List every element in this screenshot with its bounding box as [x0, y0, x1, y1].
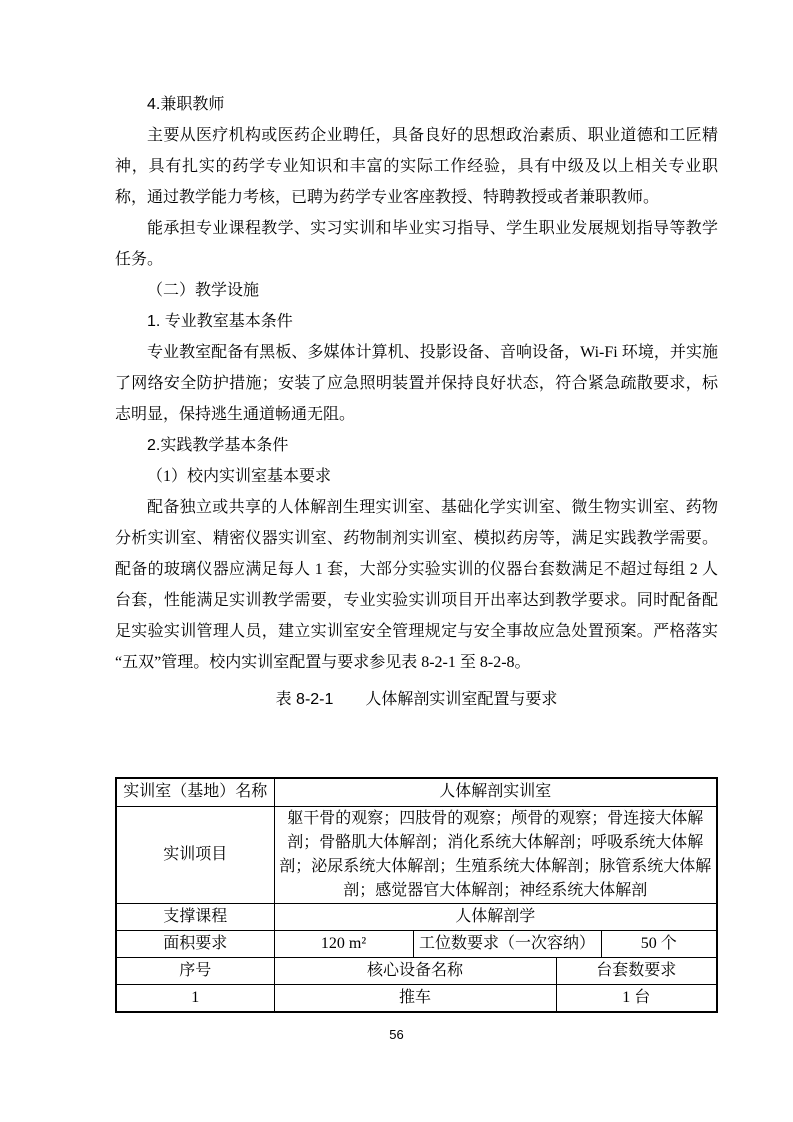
projects-label: 实训项目 [116, 806, 274, 903]
page-number: 56 [0, 1027, 793, 1042]
table-row-projects: 实训项目 躯干骨的观察；四肢骨的观察；颅骨的观察；骨连接大体解剖；骨骼肌大体解剖… [116, 806, 717, 903]
table-row-room-name: 实训室（基地）名称 人体解剖实训室 [116, 778, 717, 806]
paragraph-lab-configuration: 配备独立或共享的人体解剖生理实训室、基础化学实训室、微生物实训室、药物分析实训室… [115, 492, 718, 678]
heading-practice-conditions: 2.实践教学基本条件 [115, 430, 718, 461]
projects-value: 躯干骨的观察；四肢骨的观察；颅骨的观察；骨连接大体解剖；骨骼肌大体解剖；消化系统… [274, 806, 717, 903]
paragraph-teaching-tasks: 能承担专业课程教学、实习实训和毕业实习指导、学生职业发展规划指导等教学任务。 [115, 213, 718, 275]
anatomy-lab-spec-table: 实训室（基地）名称 人体解剖实训室 实训项目 躯干骨的观察；四肢骨的观察；颅骨的… [115, 777, 718, 1013]
heading-teaching-facilities: （二）教学设施 [115, 275, 718, 306]
column-header-no: 序号 [116, 957, 274, 984]
area-label: 面积要求 [116, 930, 274, 957]
column-header-sets: 台套数要求 [556, 957, 717, 984]
area-value: 120 m² [274, 930, 413, 957]
paragraph-hiring: 主要从医疗机构或医药企业聘任，具备良好的思想政治素质、职业道德和工匠精神，具有扎… [115, 120, 718, 213]
heading-campus-lab-requirements: （1）校内实训室基本要求 [115, 461, 718, 492]
heading-classroom-conditions: 1. 专业教室基本条件 [115, 306, 718, 337]
column-header-equipment: 核心设备名称 [274, 957, 556, 984]
heading-part-time-teachers: 4.兼职教师 [115, 89, 718, 120]
table-row-equipment-1: 1 推车 1 台 [116, 984, 717, 1012]
equipment-sets: 1 台 [556, 984, 717, 1012]
table-row-course: 支撑课程 人体解剖学 [116, 903, 717, 930]
equipment-name: 推车 [274, 984, 556, 1012]
equipment-no: 1 [116, 984, 274, 1012]
room-name-value: 人体解剖实训室 [274, 778, 717, 806]
document-page: 4.兼职教师 主要从医疗机构或医药企业聘任，具备良好的思想政治素质、职业道德和工… [0, 0, 793, 1122]
room-name-label: 实训室（基地）名称 [116, 778, 274, 806]
table-row-equipment-header: 序号 核心设备名称 台套数要求 [116, 957, 717, 984]
table-row-area-capacity: 面积要求 120 m² 工位数要求（一次容纳） 50 个 [116, 930, 717, 957]
document-body: 4.兼职教师 主要从医疗机构或医药企业聘任，具备良好的思想政治素质、职业道德和工… [115, 89, 718, 715]
course-value: 人体解剖学 [274, 903, 717, 930]
table-caption: 表 8-2-1 人体解剖实训室配置与要求 [115, 684, 718, 715]
capacity-label: 工位数要求（一次容纳） [413, 930, 601, 957]
capacity-value: 50 个 [601, 930, 717, 957]
paragraph-classroom-equipment: 专业教室配备有黑板、多媒体计算机、投影设备、音响设备，Wi-Fi 环境，并实施了… [115, 337, 718, 430]
course-label: 支撑课程 [116, 903, 274, 930]
